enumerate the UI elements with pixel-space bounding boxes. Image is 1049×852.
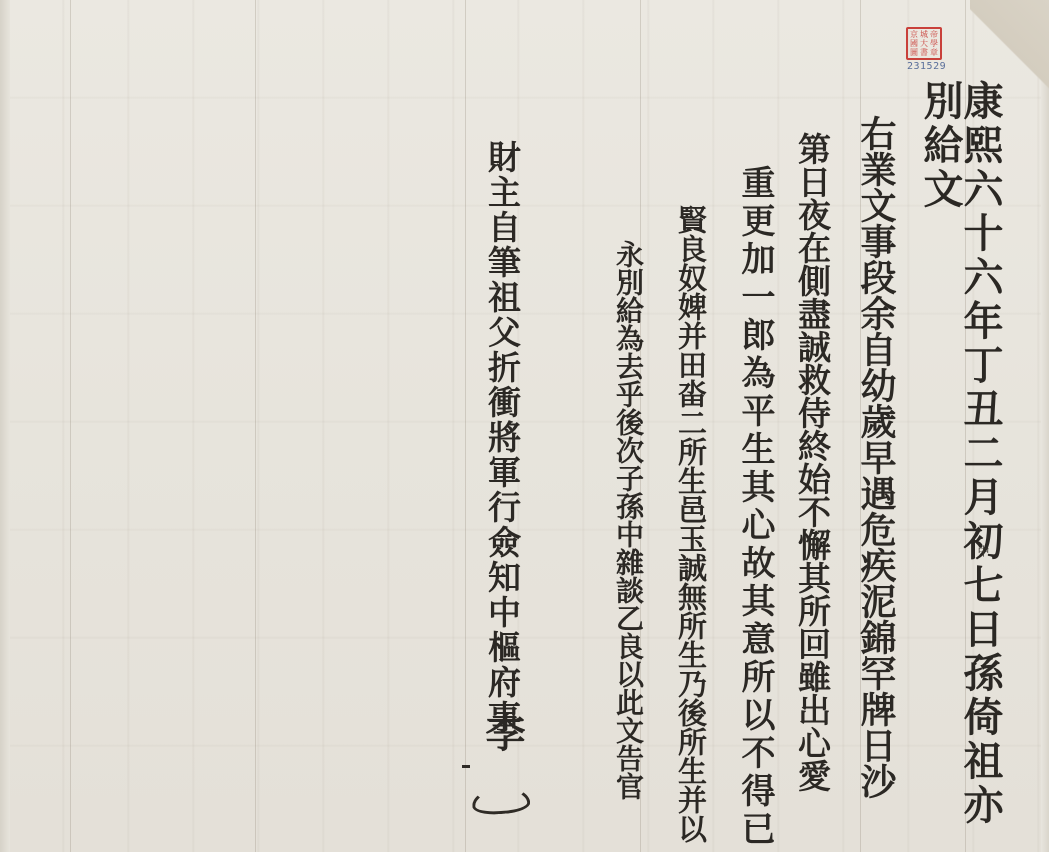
text-column-5: 賢良奴婢并田畓二所生邑玉誠無所生乃後所生并以 <box>676 205 705 843</box>
signature-name: 李 <box>482 712 522 752</box>
paper-crease <box>70 0 71 852</box>
seal-char: 學 <box>929 39 939 48</box>
text-column-2: 右業文事段余自幼歲早遇危疾泥錦罕牌日沙 <box>858 115 894 799</box>
seal-char: 章 <box>929 48 939 57</box>
paper-edge-left <box>0 0 10 852</box>
paper-edge-right <box>1041 0 1049 852</box>
text-column-7-signatory: 財主自筆祖父折衝將軍行僉知中樞府事 <box>486 140 519 735</box>
text-column-4: 重更加一郎為平生其心故其意所以不得已 <box>738 165 772 849</box>
seal-char: 帝 <box>929 30 939 39</box>
text-column-1: 康熙六十六年丁丑二月初七日孫倚祖亦別給文 <box>920 80 1000 852</box>
paper-crease <box>255 0 256 852</box>
text-column-6: 永別給為去乎後次子孫中雜談乙良以此文告官 <box>614 240 642 800</box>
paper-crease <box>465 0 466 852</box>
seal-char: 書 <box>919 48 929 57</box>
seal-char: 圖 <box>909 48 919 57</box>
seal-char: 國 <box>909 39 919 48</box>
catalog-number: 231529 <box>907 61 946 72</box>
seal-char: 大 <box>919 39 929 48</box>
seal-char: 城 <box>919 30 929 39</box>
text-column-3: 第日夜在側盡誠救侍終始不懈其所回雖出心愛 <box>796 132 829 792</box>
library-seal-stamp: 京 城 帝 國 大 學 圖 書 章 <box>906 27 942 60</box>
interlinear-note: 中 <box>975 545 992 557</box>
signature-stroke <box>462 765 470 768</box>
seal-char: 京 <box>909 30 919 39</box>
